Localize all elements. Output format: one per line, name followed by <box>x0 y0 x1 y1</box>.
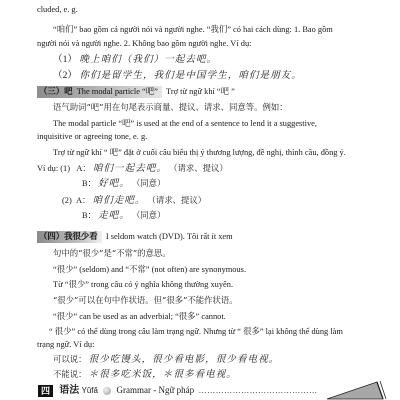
can-say-label: 可以说： <box>53 354 87 364</box>
section-header-4: （四）我很少看 I seldom watch (DVD). Tôi rất ít… <box>37 231 233 243</box>
example-2: （2） 你们是留学生，我们是中国学生，咱们是朋友。 <box>53 70 302 81</box>
section-tag: （三）吧 The modal particle “吧” <box>37 86 162 98</box>
paragraph-line: “很少”可以在句中作状语。但“很多”不能作状语。 <box>53 295 238 306</box>
speaker-label: A： <box>76 196 90 205</box>
wedge-decoration-icon <box>325 380 400 400</box>
speaker-label: B： <box>82 211 96 220</box>
example-number: （2） <box>53 70 77 81</box>
example-text: 好吧。 <box>98 178 130 189</box>
paragraph-line: người nói và người nghe. 2. Không bao gồ… <box>37 38 251 49</box>
section-tag-label: （三）吧 <box>39 87 73 96</box>
speaker-label: A： <box>76 164 90 173</box>
section-tag: （四）我很少看 <box>37 231 102 243</box>
can-say-row: 可以说： 很少吃馒头，很少看电影，很少看电视。 <box>53 354 279 365</box>
paragraph-line: “很少” can be used as an adverbial; “很多” c… <box>53 311 226 322</box>
example-text: 咱们一起去吧。 <box>93 163 167 174</box>
paragraph-line: “咱们” bao gồm cả người nói và người nghe.… <box>53 24 333 35</box>
example-text: 走吧。 <box>98 210 130 221</box>
section-title-vn: Tôi rất ít xem <box>187 232 233 241</box>
section-title-en: I seldom watch (DVD). <box>106 232 185 241</box>
example-number: （1） <box>53 54 77 65</box>
circle-bullet-icon <box>103 387 111 395</box>
banner-title-en: Grammar <box>116 385 150 395</box>
dotted-leader: …………………………………… <box>199 386 318 395</box>
example-1: （1） 晚上咱们（我们）一起去吧。 <box>53 54 217 65</box>
cannot-say-label: 不能说： <box>53 369 87 379</box>
example-number: (1) <box>60 164 70 173</box>
example-text: 晚上咱们（我们）一起去吧。 <box>79 54 217 65</box>
banner-pinyin: Yǔfǎ <box>82 386 98 395</box>
example-note: （同意） <box>132 178 166 188</box>
examples-label: Ví dụ: <box>37 164 58 173</box>
textbook-page: cluded, e. g. “咱们” bao gồm cả người nói … <box>0 0 400 400</box>
paragraph-line: Trợ từ ngữ khí “ 吧” đặt ở cuối câu biểu … <box>53 147 346 158</box>
example-row: B： 好吧。 （同意） <box>82 178 165 189</box>
can-say-text: 很少吃馒头，很少看电影，很少看电视。 <box>89 354 280 365</box>
section-number-box: 四 <box>38 385 53 397</box>
continuation-text: cluded, e. g. <box>37 4 78 15</box>
example-note: （请求、提议） <box>169 163 228 173</box>
example-text: 你们是留学生，我们是中国学生，咱们是朋友。 <box>79 70 301 81</box>
section-title-vn: Trợ từ ngữ khí “吧 ” <box>166 87 235 96</box>
paragraph-line: 句中的“很少”是“不常”的意思。 <box>53 248 171 259</box>
example-row: (2) A： 咱们走吧。 （请求、提议） <box>62 195 206 206</box>
banner-separator: - <box>153 385 156 395</box>
speaker-label: B： <box>82 179 96 188</box>
banner-title-vn: Ngữ pháp <box>158 385 194 395</box>
banner-title-cn: 语法 <box>59 385 79 396</box>
example-note: （同意） <box>132 210 166 220</box>
paragraph-line: The modal particle “吧” is used at the en… <box>53 118 317 129</box>
paragraph-line: “很少” (seldom) and “不常” (not often) are s… <box>53 264 246 275</box>
paragraph-line: “ 很少” có thể dùng trong câu làm trạng ng… <box>49 326 343 337</box>
paragraph-line: 语气助词“吧”用在句尾表示商量、提议、请求、同意等。例如： <box>53 102 288 113</box>
example-number: (2) <box>62 196 72 205</box>
section-title-en: The modal particle “吧” <box>77 87 158 96</box>
example-text: 咱们走吧。 <box>92 195 145 206</box>
paragraph-line: Từ “很少” trong câu có ý nghĩa không thườn… <box>53 279 233 290</box>
cannot-say-text: ＊很多吃米饭，＊很多看电视。 <box>89 369 237 380</box>
example-row: Ví dụ: (1) A： 咱们一起去吧。 （请求、提议） <box>37 163 228 174</box>
paragraph-line: inquisitive or agreeing tone, e. g. <box>37 131 147 142</box>
cannot-say-row: 不能说： ＊很多吃米饭，＊很多看电视。 <box>53 369 237 380</box>
example-row: B： 走吧。 （同意） <box>82 210 165 221</box>
paragraph-line: trạng ngữ. Ví dụ: <box>37 339 94 350</box>
grammar-section-banner: 四 语法 Yǔfǎ Grammar - Ngữ pháp ……………………………… <box>38 382 318 398</box>
section-header-3: （三）吧 The modal particle “吧” Trợ từ ngữ k… <box>37 86 235 98</box>
example-note: （请求、提议） <box>148 195 207 205</box>
